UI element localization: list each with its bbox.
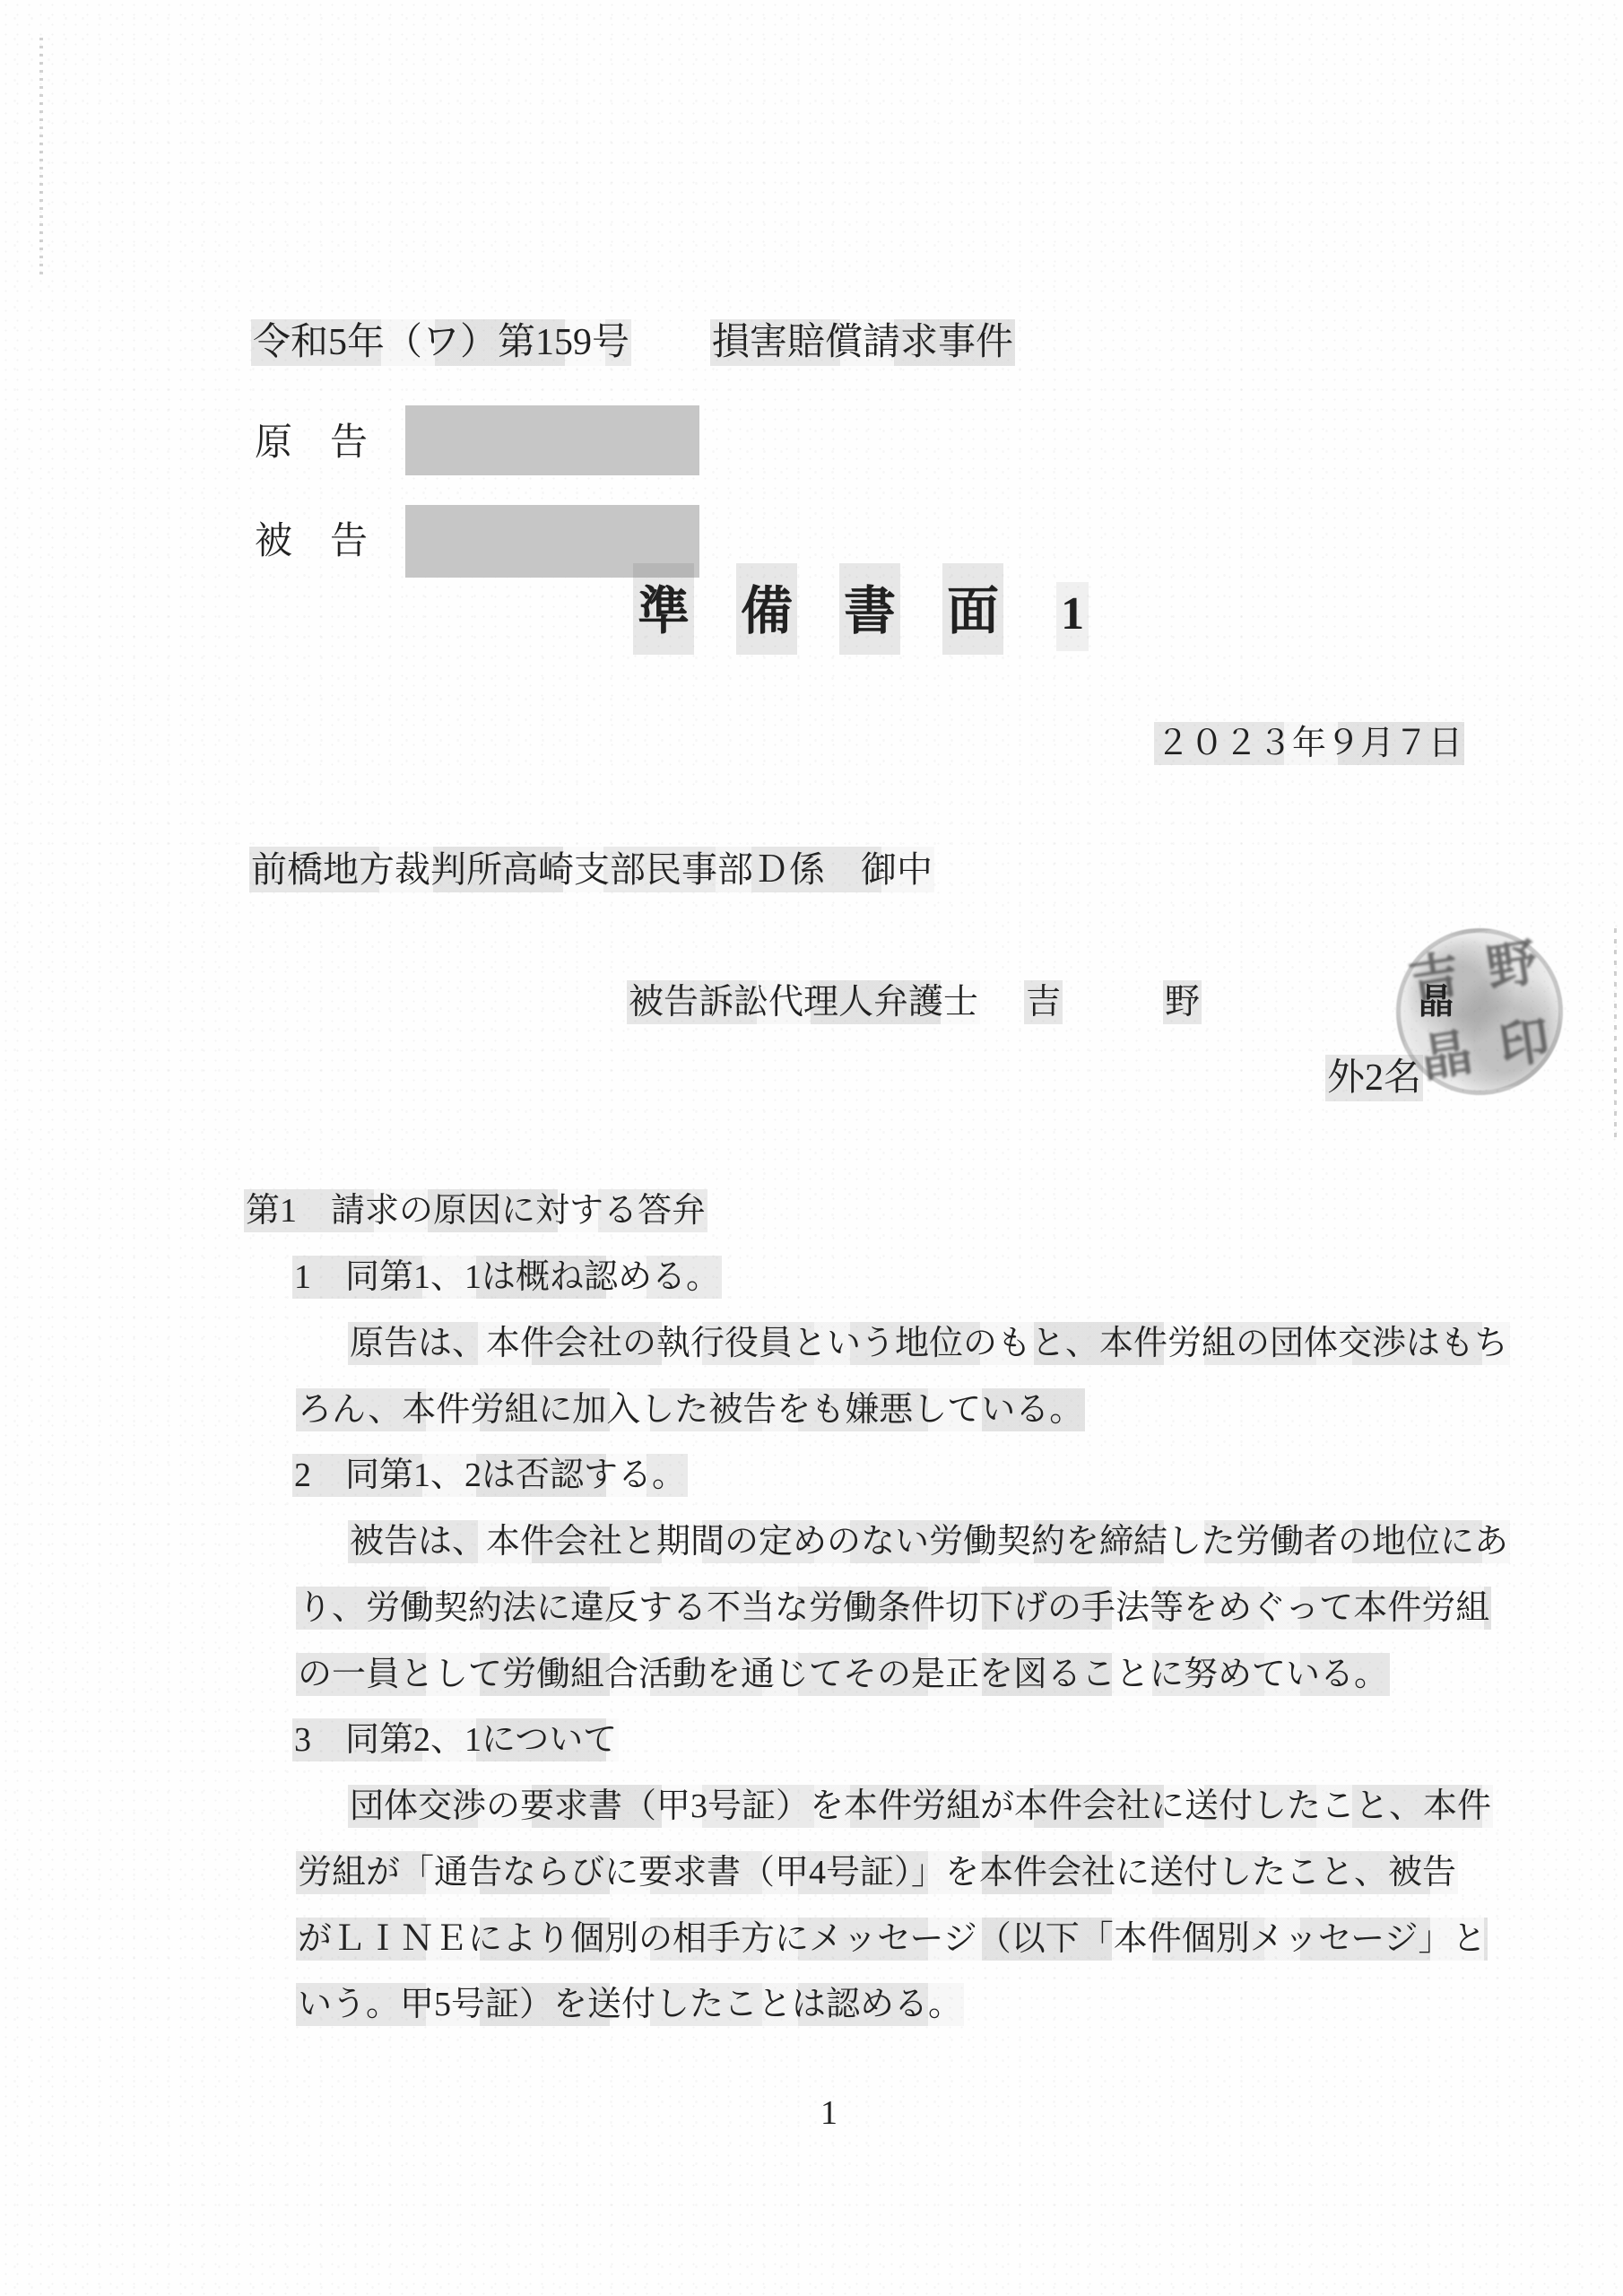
page-number: 1 — [820, 2093, 838, 2133]
case-caption: 令和5年（ワ）第159号損害賠償請求事件 — [251, 312, 1015, 366]
defendant-label: 被 告 — [255, 511, 368, 565]
body-line: り、労働契約法に違反する不当な労働条件切下げの手法等をめぐって本件労組 — [296, 1579, 1491, 1629]
section-heading: 第1 請求の原因に対する答弁 — [244, 1182, 707, 1231]
document-title: 準備書面1 — [633, 563, 1089, 655]
title-number: 1 — [1056, 582, 1089, 651]
redaction-box-plaintiff-name — [405, 405, 699, 475]
title-char: 面 — [942, 563, 1003, 655]
attorney-surname-char: 吉 — [1024, 980, 1063, 1024]
body-line: いう。甲5号証）を送付したことは認める。 — [296, 1976, 964, 2025]
seal-char: 野 — [1484, 938, 1541, 996]
body-line: 労組が「通告ならびに要求書（甲4号証）」を本件会社に送付したこと、被告 — [296, 1844, 1458, 1893]
title-char: 書 — [839, 563, 900, 655]
scan-artifact-left-edge — [39, 38, 43, 278]
attorney-role: 被告訴訟代理人弁護士 — [627, 980, 980, 1024]
body-line: 3 同第2、1について — [292, 1711, 619, 1761]
title-char: 備 — [736, 563, 797, 655]
case-name: 損害賠償請求事件 — [710, 319, 1015, 366]
document-date: ２０２３年９月７日 — [1154, 715, 1464, 764]
scan-artifact-right-edge — [1614, 928, 1617, 1139]
seal-char: 印 — [1496, 1016, 1553, 1074]
court-recipient: 前橋地方裁判所高崎支部民事部Ｄ係 御中 — [249, 841, 934, 892]
plaintiff-label: 原 告 — [255, 413, 368, 466]
attorney-surname-char: 野 — [1163, 980, 1202, 1024]
body-line: 被告は、本件会社と期間の定めのない労働契約を締結した労働者の地位にあ — [348, 1513, 1510, 1562]
body-line: がＬＩＮＥにより個別の相手方にメッセージ（以下「本件個別メッセージ」と — [296, 1910, 1488, 1960]
title-char: 準 — [633, 563, 694, 655]
case-number: 令和5年（ワ）第159号 — [251, 319, 631, 366]
attorney-signature-line: 被告訴訟代理人弁護士吉野晶 — [627, 974, 1454, 1024]
attorney-given-name: 晶 — [1419, 983, 1454, 1022]
body-line: 2 同第1、2は否認する。 — [292, 1447, 688, 1496]
body-line: ろん、本件労組に加入した被告をも嫌悪している。 — [296, 1381, 1085, 1431]
scanned-legal-document-page: 令和5年（ワ）第159号損害賠償請求事件 原 告 被 告 準備書面1 ２０２３年… — [0, 0, 1623, 2296]
body-line: 団体交渉の要求書（甲3号証）を本件労組が本件会社に送付したこと、本件 — [348, 1778, 1493, 1827]
body-line: の一員として労働組合活動を通じてその是正を図ることに努めている。 — [296, 1646, 1390, 1695]
seal-char: 晶 — [1418, 1028, 1475, 1085]
body-line: 原告は、本件会社の執行役員という地位のもと、本件労組の団体交渉はもち — [348, 1315, 1510, 1364]
body-line: 1 同第1、1は概ね認める。 — [292, 1248, 722, 1298]
attorney-others-count: 外2名 — [1325, 1048, 1423, 1101]
